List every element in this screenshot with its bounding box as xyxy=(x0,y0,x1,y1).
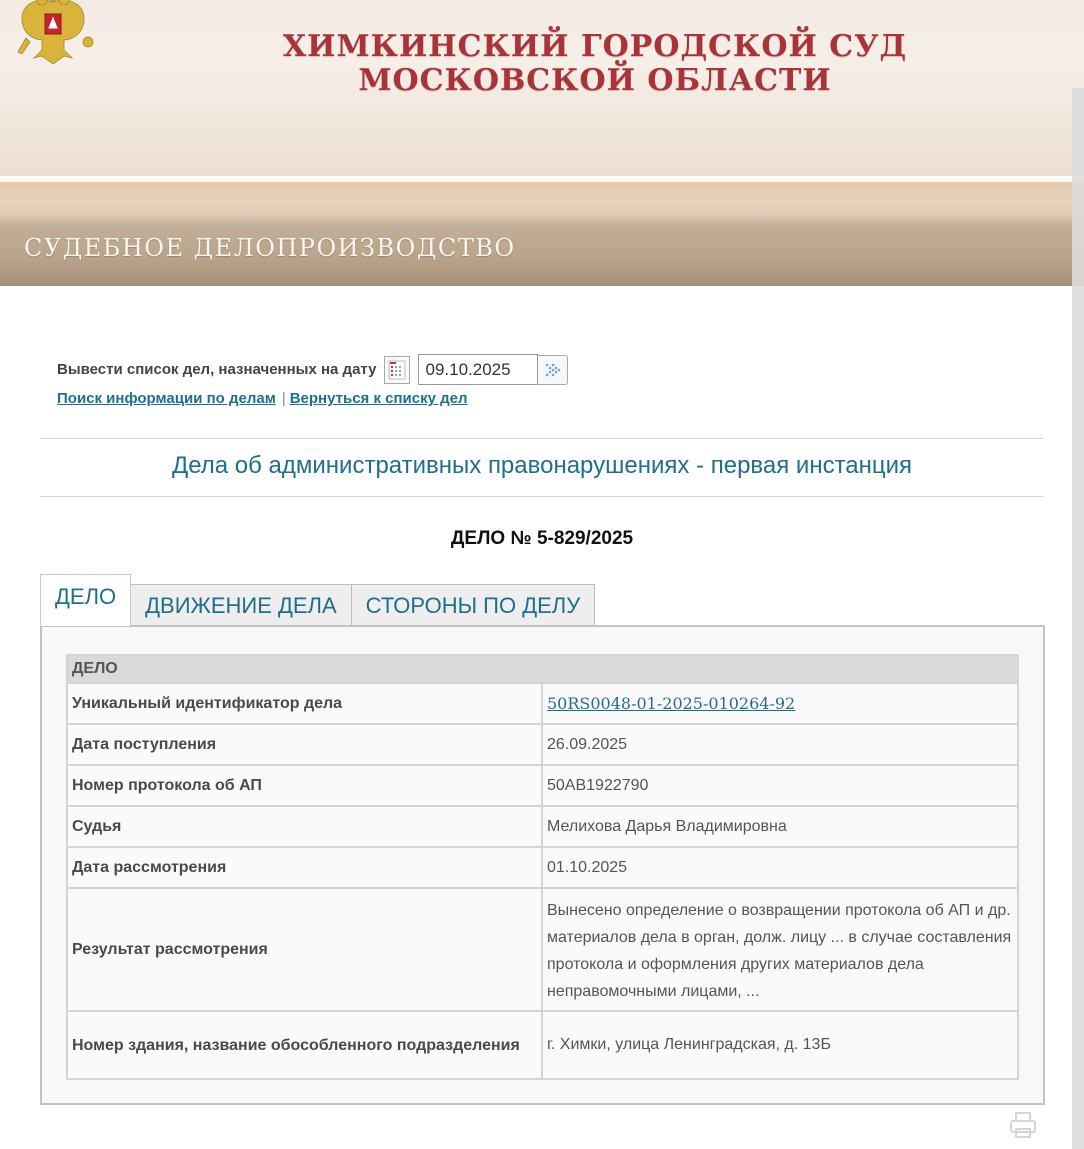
row-value: 26.09.2025 xyxy=(542,724,1018,765)
table-row: Номер здания, название обособленного под… xyxy=(67,1011,1018,1079)
date-filter: Вывести список дел, назначенных на дату xyxy=(57,354,568,385)
divider xyxy=(40,438,1044,439)
table-header: ДЕЛО xyxy=(67,655,1018,683)
case-number: ДЕЛО № 5-829/2025 xyxy=(40,528,1044,550)
row-label: Результат рассмотрения xyxy=(67,888,542,1011)
table-row: Уникальный идентификатор дела 50RS0048-0… xyxy=(67,683,1018,724)
case-details-table: ДЕЛО Уникальный идентификатор дела 50RS0… xyxy=(66,654,1019,1080)
section-title: СУДЕБНОЕ ДЕЛОПРОИЗВОДСТВО xyxy=(24,234,516,262)
site-header: ХИМКИНСКИЙ ГОРОДСКОЙ СУД МОСКОВСКОЙ ОБЛА… xyxy=(0,0,1084,176)
printer-icon[interactable] xyxy=(1008,1110,1038,1140)
case-uid-link[interactable]: 50RS0048-01-2025-010264-92 xyxy=(547,694,795,713)
date-filter-label: Вывести список дел, назначенных на дату xyxy=(57,361,376,378)
table-row: Результат рассмотрения Вынесено определе… xyxy=(67,888,1018,1011)
row-label: Судья xyxy=(67,806,542,847)
table-row: Судья Мелихова Дарья Владимировна xyxy=(67,806,1018,847)
table-row: Дата поступления 26.09.2025 xyxy=(67,724,1018,765)
court-title: ХИМКИНСКИЙ ГОРОДСКОЙ СУД МОСКОВСКОЙ ОБЛА… xyxy=(150,30,1040,98)
case-tabs: ДЕЛО ДВИЖЕНИЕ ДЕЛА СТОРОНЫ ПО ДЕЛУ xyxy=(40,574,594,626)
calendar-icon xyxy=(388,360,406,380)
date-input[interactable] xyxy=(418,354,538,385)
row-value: 50RS0048-01-2025-010264-92 xyxy=(542,683,1018,724)
row-value: 50AB1922790 xyxy=(542,765,1018,806)
divider xyxy=(40,496,1044,497)
coat-of-arms-icon xyxy=(12,0,94,66)
double-chevron-right-icon xyxy=(544,362,562,378)
row-value: Вынесено определение о возвращении прото… xyxy=(542,888,1018,1011)
category-title: Дела об административных правонарушениях… xyxy=(40,452,1044,480)
tab-case-movement[interactable]: ДВИЖЕНИЕ ДЕЛА xyxy=(130,584,352,626)
row-value: г. Химки, улица Ленинградская, д. 13Б xyxy=(542,1011,1018,1079)
show-list-button[interactable] xyxy=(538,355,568,385)
row-value: Мелихова Дарья Владимировна xyxy=(542,806,1018,847)
tab-case[interactable]: ДЕЛО xyxy=(40,574,131,626)
link-separator: | xyxy=(282,390,286,407)
search-cases-link[interactable]: Поиск информации по делам xyxy=(57,390,276,407)
row-label: Дата поступления xyxy=(67,724,542,765)
table-row: Номер протокола об АП 50AB1922790 xyxy=(67,765,1018,806)
row-label: Дата рассмотрения xyxy=(67,847,542,888)
decorative-band xyxy=(0,182,1084,216)
row-label: Номер здания, название обособленного под… xyxy=(67,1011,542,1079)
row-value: 01.10.2025 xyxy=(542,847,1018,888)
row-label: Номер протокола об АП xyxy=(67,765,542,806)
row-label: Уникальный идентификатор дела xyxy=(67,683,542,724)
calendar-button[interactable] xyxy=(384,356,410,384)
table-row: Дата рассмотрения 01.10.2025 xyxy=(67,847,1018,888)
nav-links: Поиск информации по делам|Вернуться к сп… xyxy=(57,390,468,407)
tab-case-parties[interactable]: СТОРОНЫ ПО ДЕЛУ xyxy=(351,584,596,626)
vertical-scrollbar[interactable] xyxy=(1072,88,1084,1149)
back-to-list-link[interactable]: Вернуться к списку дел xyxy=(290,390,468,407)
